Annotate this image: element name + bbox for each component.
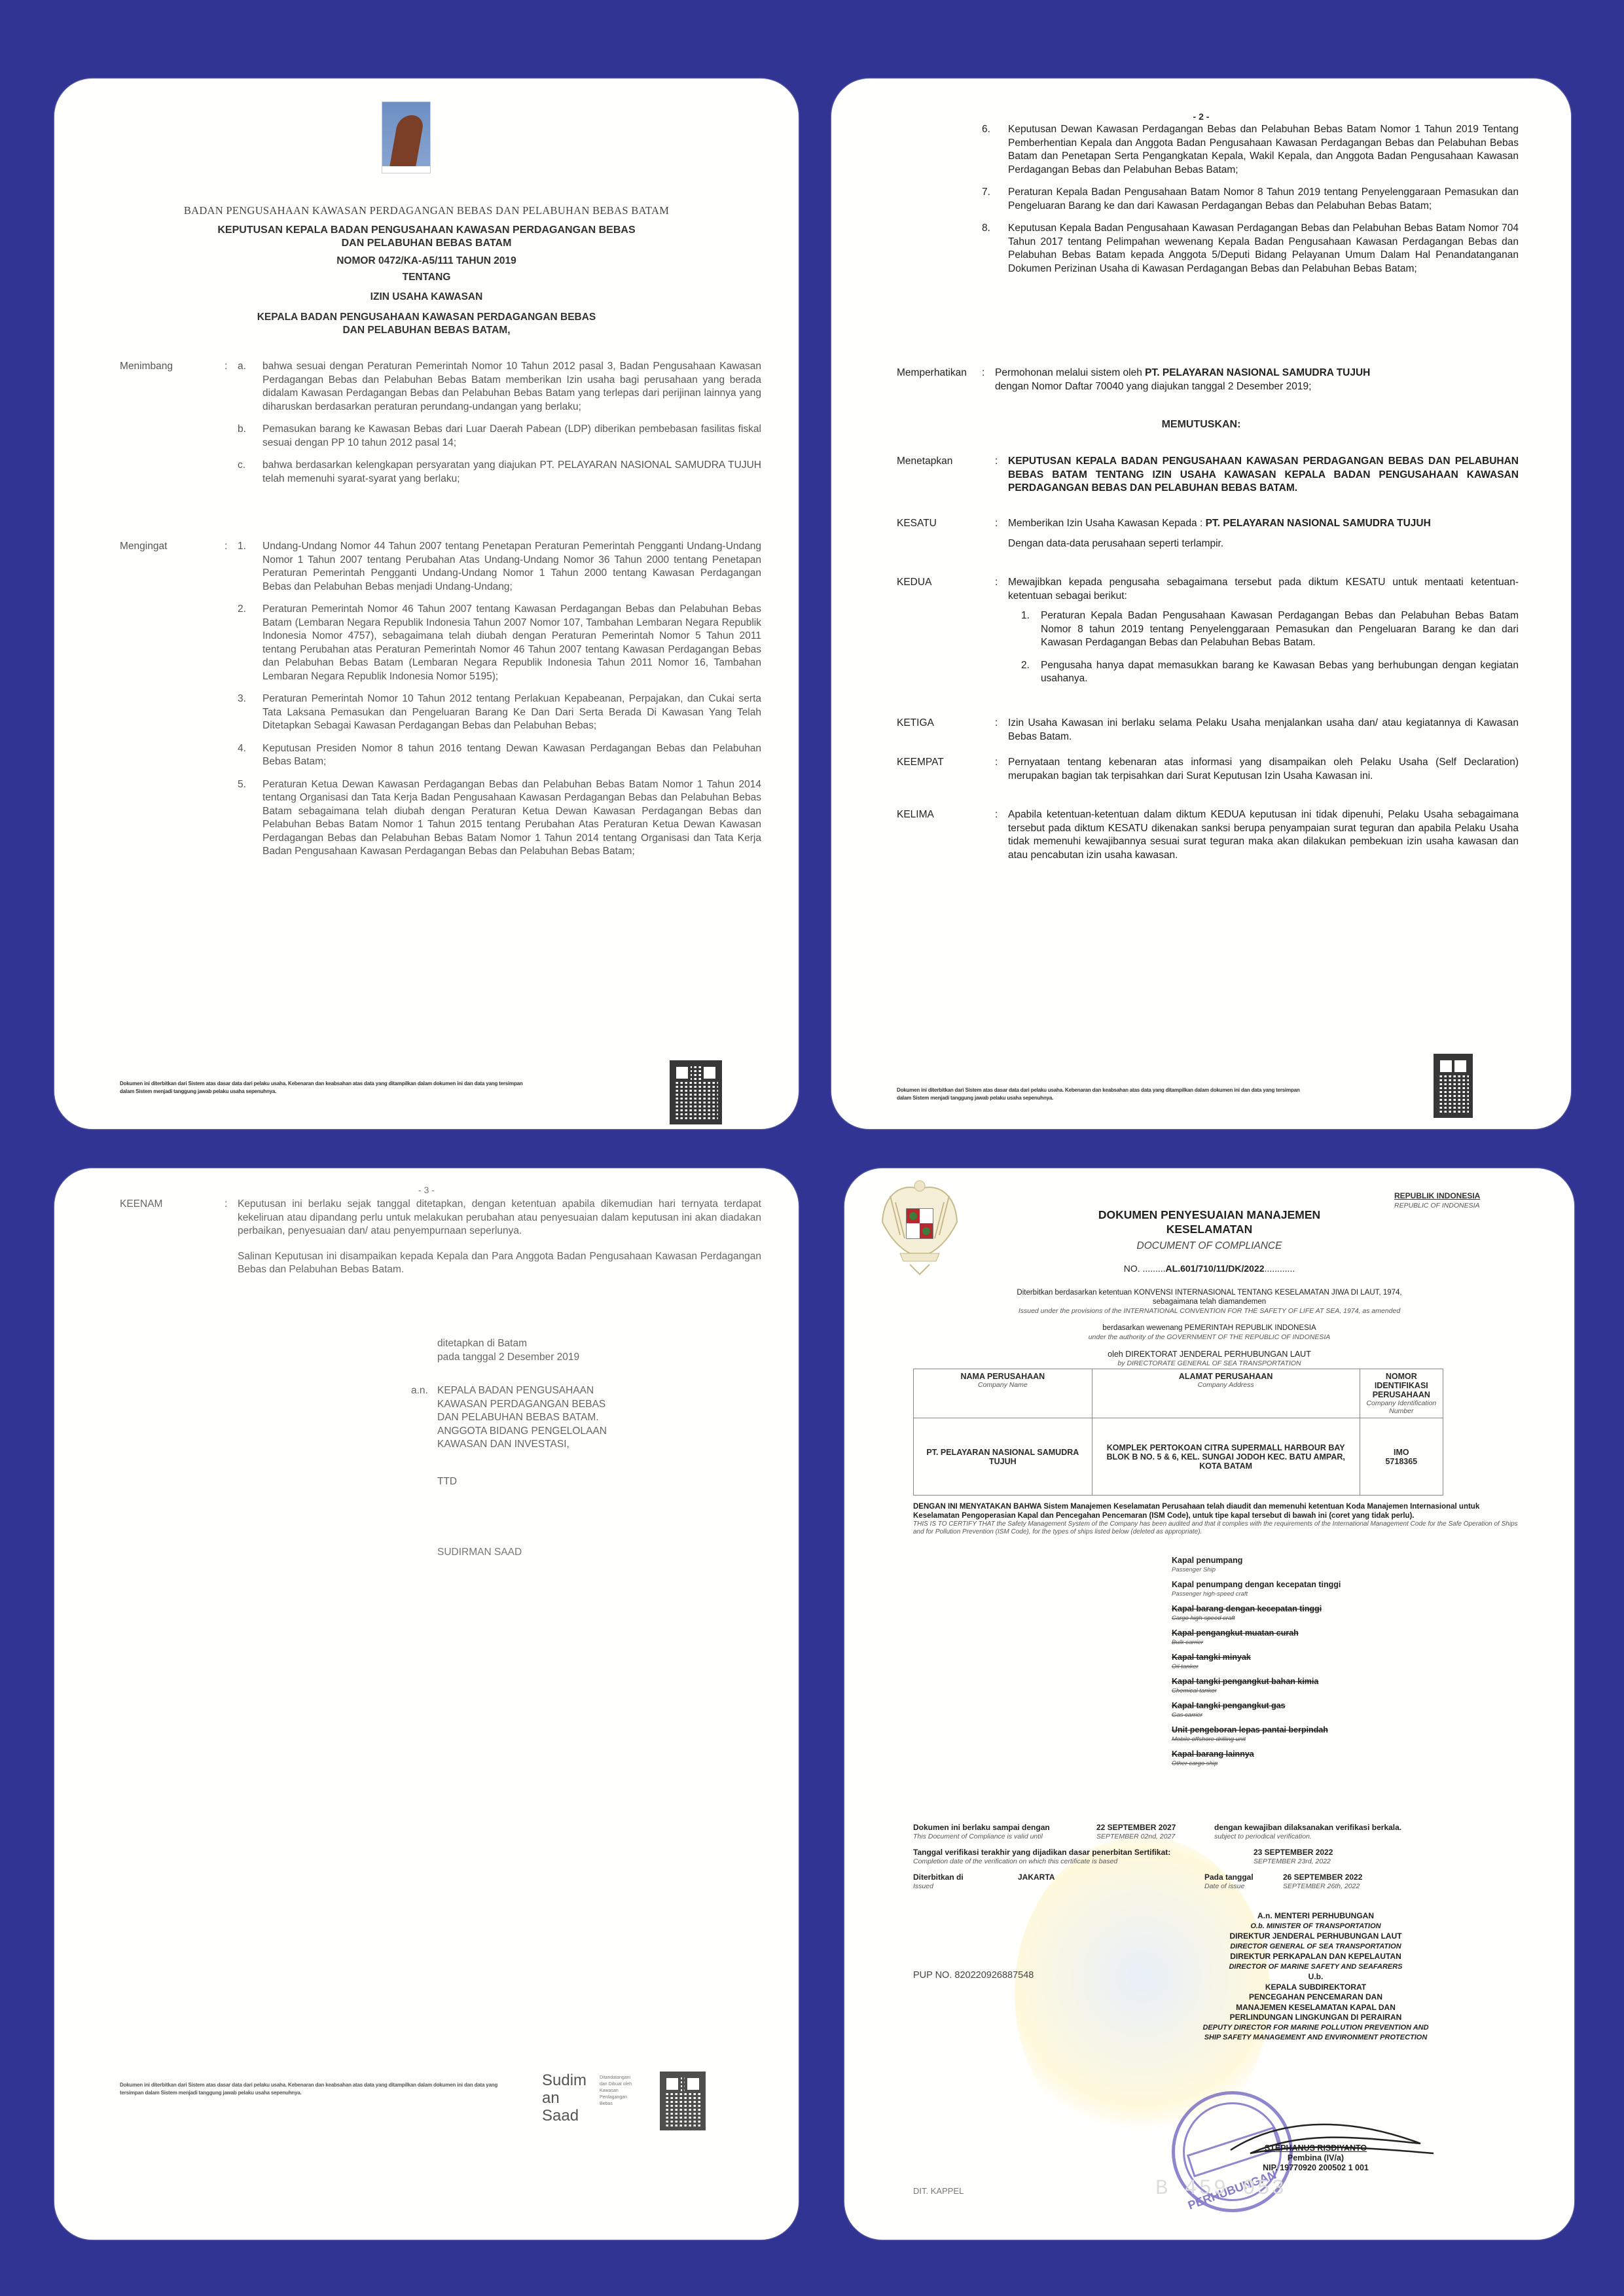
issuer-line1: KEPALA BADAN PENGUSAHAAN KAWASAN PERDAGA… bbox=[54, 311, 799, 324]
ship-type-id: Kapal penumpang bbox=[1172, 1556, 1242, 1565]
ship-type-id: Unit pengeboran lepas pantai berpindah bbox=[1172, 1725, 1328, 1734]
company-name: PT. PELAYARAN NASIONAL SAMUDRA TUJUH bbox=[1145, 367, 1370, 378]
issue-date-en: SEPTEMBER 26th, 2022 bbox=[1283, 1882, 1362, 1891]
sign-block-line: O.b. MINISTER OF TRANSPORTATION bbox=[1172, 1922, 1460, 1932]
table-header-row: NAMA PERUSAHAANCompany Name ALAMAT PERUS… bbox=[914, 1369, 1443, 1418]
keempat-section: KEEMPAT : Pernyataan tentang kebenaran a… bbox=[897, 756, 1519, 783]
system-footer-note: Dokumen ini diterbitkan dari Sistem atas… bbox=[120, 2081, 519, 2097]
ditetapkan-block: ditetapkan di Batam pada tanggal 2 Desem… bbox=[437, 1337, 579, 1364]
header-id: ALAMAT PERUSAHAAN bbox=[1096, 1372, 1356, 1381]
an-label: a.n. bbox=[411, 1384, 437, 1452]
ketiga-section: KETIGA : Izin Usaha Kawasan ini berlaku … bbox=[897, 717, 1519, 744]
kedua-label: KEDUA bbox=[897, 576, 995, 695]
esign-name-part: Sudim bbox=[542, 2072, 586, 2089]
issuer-line2: DAN PELABUHAN BEBAS BATAM, bbox=[54, 324, 799, 337]
menimbang-list: a.bahwa sesuai dengan Peraturan Pemerint… bbox=[238, 360, 761, 495]
ship-types-list: Kapal penumpangPassenger ShipKapal penum… bbox=[1172, 1554, 1447, 1772]
sign-block-line: A.n. MENTERI PERHUBUNGAN bbox=[1172, 1911, 1460, 1922]
issuer-title: KEPALA BADAN PENGUSAHAAN KAWASAN PERDAGA… bbox=[54, 311, 799, 337]
item-number: 2. bbox=[1021, 659, 1041, 686]
signatory-title-line: KEPALA BADAN PENGUSAHAAN bbox=[437, 1384, 621, 1398]
decree-tentang: TENTANG bbox=[54, 272, 799, 283]
ship-type-id: Kapal barang dengan kecepatan tinggi bbox=[1172, 1604, 1322, 1613]
keenam-text: Keputusan ini berlaku sejak tanggal dite… bbox=[238, 1198, 761, 1238]
bp-batam-logo-icon bbox=[382, 101, 431, 173]
item-number: b. bbox=[238, 423, 262, 450]
ship-type-en: Passenger high-speed craft bbox=[1172, 1590, 1447, 1598]
mengingat-label: Mengingat bbox=[120, 540, 225, 868]
valid-until-label-en: This Document of Compliance is valid unt… bbox=[913, 1832, 1096, 1841]
sign-block-line: KEPALA SUBDIREKTORAT bbox=[1172, 1982, 1460, 1993]
doc-title-line2: KESELAMATAN bbox=[844, 1222, 1574, 1236]
ship-type-en: Gas carrier bbox=[1172, 1712, 1447, 1719]
item-text: Undang-Undang Nomor 44 Tahun 2007 tentan… bbox=[262, 540, 761, 594]
colon: : bbox=[995, 717, 1008, 744]
qr-code-icon[interactable] bbox=[660, 2072, 706, 2130]
doc-title: DOKUMEN PENYESUAIAN MANAJEMEN KESELAMATA… bbox=[844, 1208, 1574, 1236]
list-item: 7.Peraturan Kepala Badan Pengusahaan Bat… bbox=[982, 186, 1519, 213]
sign-block-line: DIREKTUR PERKAPALAN DAN KEPELAUTAN bbox=[1172, 1952, 1460, 1962]
decree-number: NOMOR 0472/KA-A5/111 TAHUN 2019 bbox=[54, 255, 799, 267]
item-text: Peraturan Pemerintah Nomor 46 Tahun 2007… bbox=[262, 603, 761, 683]
issued-under-id: Diterbitkan berdasarkan ketentuan KONVEN… bbox=[844, 1288, 1574, 1297]
decree-subject: IZIN USAHA KAWASAN bbox=[54, 291, 799, 303]
item-text: Peraturan Kepala Badan Pengusahaan Batam… bbox=[1008, 186, 1519, 213]
ship-type-item: Kapal tangki pengangkut gasGas carrier bbox=[1172, 1700, 1447, 1719]
colon: : bbox=[225, 540, 238, 868]
issue-date: 26 SEPTEMBER 2022 bbox=[1283, 1873, 1362, 1882]
list-item: 1.Peraturan Kepala Badan Pengusahaan Kaw… bbox=[1021, 609, 1519, 650]
ship-type-item: Kapal penumpangPassenger Ship bbox=[1172, 1554, 1447, 1573]
doc-number: NO. .........AL.601/710/11/DK/2022......… bbox=[844, 1263, 1574, 1274]
item-number: 3. bbox=[238, 692, 262, 733]
authority-en: under the authority of the GOVERNMENT OF… bbox=[844, 1333, 1574, 1342]
issue-row: Diterbitkan diIssued JAKARTA Pada tangga… bbox=[913, 1873, 1522, 1891]
agency-header: BADAN PENGUSAHAAN KAWASAN PERDAGANGAN BE… bbox=[54, 204, 799, 217]
last-verif-label: Tanggal verifikasi terakhir yang dijadik… bbox=[913, 1848, 1254, 1857]
colon: : bbox=[225, 360, 238, 495]
kesatu-section: KESATU : Memberikan Izin Usaha Kawasan K… bbox=[897, 517, 1519, 550]
decree-title-line1: KEPUTUSAN KEPALA BADAN PENGUSAHAAN KAWAS… bbox=[54, 224, 799, 237]
sign-block-line: PERLINDUNGAN LINGKUNGAN DI PERAIRAN bbox=[1172, 2013, 1460, 2023]
issue-date-cell: 26 SEPTEMBER 2022SEPTEMBER 26th, 2022 bbox=[1283, 1873, 1362, 1891]
kedua-body: Mewajibkan kepada pengusaha sebagaimana … bbox=[1008, 576, 1519, 695]
company-table: NAMA PERUSAHAANCompany Name ALAMAT PERUS… bbox=[913, 1369, 1443, 1496]
ship-type-en: Cargo high-speed craft bbox=[1172, 1615, 1447, 1622]
col-company-address: ALAMAT PERUSAHAANCompany Address bbox=[1092, 1369, 1360, 1418]
issued-at-label-cell: Diterbitkan diIssued bbox=[913, 1873, 1018, 1891]
item-text: Peraturan Pemerintah Nomor 10 Tahun 2012… bbox=[262, 692, 761, 733]
header-id: NOMOR IDENTIFIKASI PERUSAHAAN bbox=[1364, 1372, 1439, 1399]
ship-type-item: Kapal barang dengan kecepatan tinggiCarg… bbox=[1172, 1603, 1447, 1622]
item-number: 8. bbox=[982, 222, 1008, 276]
list-item: 3.Peraturan Pemerintah Nomor 10 Tahun 20… bbox=[238, 692, 761, 733]
memperhatikan-label: Memperhatikan bbox=[897, 367, 982, 393]
signer-nip: NIP. 19770920 200502 1 001 bbox=[1172, 2163, 1460, 2173]
esign-name-part: Saad bbox=[542, 2107, 586, 2125]
col-company-name: NAMA PERUSAHAANCompany Name bbox=[914, 1369, 1092, 1418]
signatory-title-line: KAWASAN PERDAGANGAN BEBAS bbox=[437, 1398, 621, 1412]
item-text: Keputusan Presiden Nomor 8 tahun 2016 te… bbox=[262, 742, 761, 769]
ship-type-item: Kapal barang lainnyaOther cargo ship bbox=[1172, 1748, 1447, 1767]
authority-id: berdasarkan wewenang PEMERINTAH REPUBLIK… bbox=[844, 1323, 1574, 1333]
colon: : bbox=[982, 367, 995, 393]
item-number: 1. bbox=[238, 540, 262, 594]
keenam-section: KEENAM : Keputusan ini berlaku sejak tan… bbox=[120, 1198, 761, 1277]
issue-date-label: Pada tanggal bbox=[1204, 1873, 1283, 1882]
esign-note: Ditandatangani dan Dibuat oleh Kawasan P… bbox=[600, 2075, 639, 2108]
memutuskan-heading: MEMUTUSKAN: bbox=[831, 419, 1571, 431]
ship-type-en: Chemical tanker bbox=[1172, 1687, 1447, 1695]
kesatu-note: Dengan data-data perusahaan seperti terl… bbox=[1008, 537, 1519, 551]
valid-note: dengan kewajiban dilaksanakan verifikasi… bbox=[1214, 1823, 1401, 1832]
company-name-cell: PT. PELAYARAN NASIONAL SAMUDRA TUJUH bbox=[914, 1418, 1092, 1496]
id-label: IMO bbox=[1364, 1448, 1439, 1457]
keempat-text: Pernyataan tentang kebenaran atas inform… bbox=[1008, 756, 1519, 783]
signatory-name: SUDIRMAN SAAD bbox=[437, 1547, 522, 1558]
item-text: bahwa sesuai dengan Peraturan Pemerintah… bbox=[262, 360, 761, 414]
ship-type-en: Other cargo ship bbox=[1172, 1760, 1447, 1767]
menetapkan-section: Menetapkan : KEPUTUSAN KEPALA BADAN PENG… bbox=[897, 455, 1519, 495]
mengingat-list: 1.Undang-Undang Nomor 44 Tahun 2007 tent… bbox=[238, 540, 761, 868]
item-text: Pengusaha hanya dapat memasukkan barang … bbox=[1041, 659, 1519, 686]
last-verif-date-en: SEPTEMBER 23rd, 2022 bbox=[1254, 1857, 1333, 1866]
ship-type-en: Passenger Ship bbox=[1172, 1566, 1447, 1573]
list-item: c.bahwa berdasarkan kelengkapan persyara… bbox=[238, 459, 761, 486]
colon: : bbox=[995, 517, 1008, 550]
issued-at: JAKARTA bbox=[1018, 1873, 1204, 1891]
colon: : bbox=[225, 1198, 238, 1277]
item-text: Keputusan Dewan Kawasan Perdagangan Beba… bbox=[1008, 123, 1519, 177]
memperhatikan-text: Permohonan melalui sistem oleh PT. PELAY… bbox=[995, 367, 1519, 393]
ditetapkan-place: ditetapkan di Batam bbox=[437, 1337, 579, 1351]
item-number: 7. bbox=[982, 186, 1008, 213]
signer-block: STEPHANUS RISDIYANTO Pembina (IV/a) NIP.… bbox=[1172, 2144, 1460, 2173]
ketiga-text: Izin Usaha Kawasan ini berlaku selama Pe… bbox=[1008, 717, 1519, 744]
id-value: 5718365 bbox=[1364, 1457, 1439, 1466]
ketiga-label: KETIGA bbox=[897, 717, 995, 744]
ship-type-id: Kapal tangki pengangkut bahan kimia bbox=[1172, 1677, 1318, 1686]
issued-under-id2: sebagaimana telah diamandemen bbox=[844, 1297, 1574, 1306]
kelima-text: Apabila ketentuan-ketentuan dalam diktum… bbox=[1008, 808, 1519, 862]
kelima-label: KELIMA bbox=[897, 808, 995, 862]
list-item: 2.Pengusaha hanya dapat memasukkan baran… bbox=[1021, 659, 1519, 686]
serial-number: B 459 053 bbox=[1155, 2176, 1286, 2200]
list-item: 4.Keputusan Presiden Nomor 8 tahun 2016 … bbox=[238, 742, 761, 769]
menimbang-section: Menimbang : a.bahwa sesuai dengan Peratu… bbox=[120, 360, 761, 495]
company-name: PT. PELAYARAN NASIONAL SAMUDRA TUJUH bbox=[1206, 518, 1431, 529]
keenam-label: KEENAM bbox=[120, 1198, 225, 1277]
issuing-body-id: oleh DIREKTORAT JENDERAL PERHUBUNGAN LAU… bbox=[844, 1350, 1574, 1359]
decree-title: KEPUTUSAN KEPALA BADAN PENGUSAHAAN KAWAS… bbox=[54, 224, 799, 250]
ship-type-item: Unit pengeboran lepas pantai berpindahMo… bbox=[1172, 1724, 1447, 1743]
issued-under-en: Issued under the provisions of the INTER… bbox=[844, 1306, 1574, 1316]
list-item: 6.Keputusan Dewan Kawasan Perdagangan Be… bbox=[982, 123, 1519, 177]
colon: : bbox=[995, 576, 1008, 695]
mengingat-continued-list: 6.Keputusan Dewan Kawasan Perdagangan Be… bbox=[982, 123, 1519, 285]
salinan-text: Salinan Keputusan ini disampaikan kepada… bbox=[238, 1250, 761, 1277]
memperhatikan-post: dengan Nomor Daftar 70040 yang diajukan … bbox=[995, 381, 1311, 392]
table-row: PT. PELAYARAN NASIONAL SAMUDRA TUJUH KOM… bbox=[914, 1418, 1443, 1496]
issuing-body: oleh DIREKTORAT JENDERAL PERHUBUNGAN LAU… bbox=[844, 1350, 1574, 1368]
issue-date-label-cell: Pada tanggalDate of issue bbox=[1204, 1873, 1283, 1891]
certification-statement: DENGAN INI MENYATAKAN BAHWA Sistem Manaj… bbox=[913, 1502, 1522, 1536]
company-address-cell: KOMPLEK PERTOKOAN CITRA SUPERMALL HARBOU… bbox=[1092, 1418, 1360, 1496]
signatory-authority-block: A.n. MENTERI PERHUBUNGANO.b. MINISTER OF… bbox=[1172, 1911, 1460, 2043]
doc-number-label: NO. ......... bbox=[1124, 1263, 1166, 1274]
ditetapkan-date: pada tanggal 2 Desember 2019 bbox=[437, 1351, 579, 1365]
valid-until-date-en: SEPTEMBER 02nd, 2027 bbox=[1096, 1832, 1214, 1841]
mengingat-section: Mengingat : 1.Undang-Undang Nomor 44 Tah… bbox=[120, 540, 761, 868]
signatory-title: KEPALA BADAN PENGUSAHAANKAWASAN PERDAGAN… bbox=[437, 1384, 621, 1452]
item-number: 6. bbox=[982, 123, 1008, 177]
sign-block-line: U.b. bbox=[1172, 1972, 1460, 1982]
list-item: 1.Undang-Undang Nomor 44 Tahun 2007 tent… bbox=[238, 540, 761, 594]
list-item: 5.Peraturan Ketua Dewan Kawasan Perdagan… bbox=[238, 778, 761, 859]
doc-number-value: AL.601/710/11/DK/2022 bbox=[1166, 1263, 1265, 1274]
item-number: c. bbox=[238, 459, 262, 486]
decree-page-3: - 3 - KEENAM : Keputusan ini berlaku sej… bbox=[54, 1168, 799, 2240]
company-id-cell: IMO5718365 bbox=[1360, 1418, 1443, 1496]
signer-rank: Pembina (IV/a) bbox=[1172, 2153, 1460, 2163]
header-en: Company Identification Number bbox=[1364, 1399, 1439, 1415]
item-number: 1. bbox=[1021, 609, 1041, 650]
sign-block-line: DIREKTUR JENDERAL PERHUBUNGAN LAUT bbox=[1172, 1931, 1460, 1942]
header-en: Company Address bbox=[1096, 1381, 1356, 1389]
header-en: Company Name bbox=[918, 1381, 1088, 1389]
keempat-label: KEEMPAT bbox=[897, 756, 995, 783]
last-verif-label-cell: Tanggal verifikasi terakhir yang dijadik… bbox=[913, 1848, 1254, 1866]
ship-type-item: Kapal tangki pengangkut bahan kimiaChemi… bbox=[1172, 1676, 1447, 1695]
sign-block-line: DIRECTOR GENERAL OF SEA TRANSPORTATION bbox=[1172, 1942, 1460, 1952]
valid-note-cell: dengan kewajiban dilaksanakan verifikasi… bbox=[1214, 1823, 1401, 1841]
valid-until-label-cell: Dokumen ini berlaku sampai denganThis Do… bbox=[913, 1823, 1096, 1841]
kesatu-text: Memberikan Izin Usaha Kawasan Kepada : P… bbox=[1008, 517, 1519, 550]
ship-type-id: Kapal barang lainnya bbox=[1172, 1749, 1254, 1759]
memperhatikan-section: Memperhatikan : Permohonan melalui siste… bbox=[897, 367, 1519, 393]
last-verif-cell: 23 SEPTEMBER 2022SEPTEMBER 23rd, 2022 bbox=[1254, 1848, 1333, 1866]
doc-number-trail: ............ bbox=[1265, 1263, 1295, 1274]
last-verif-label-en: Completion date of the verification on w… bbox=[913, 1857, 1254, 1866]
list-item: 2.Peraturan Pemerintah Nomor 46 Tahun 20… bbox=[238, 603, 761, 683]
issued-under: Diterbitkan berdasarkan ketentuan KONVEN… bbox=[844, 1288, 1574, 1316]
memperhatikan-pre: Permohonan melalui sistem oleh bbox=[995, 367, 1145, 378]
sign-block-line: DIRECTOR OF MARINE SAFETY AND SEAFARERS bbox=[1172, 1962, 1460, 1973]
item-text: Pemasukan barang ke Kawasan Bebas dari L… bbox=[262, 423, 761, 450]
item-number: 5. bbox=[238, 778, 262, 859]
signatory-block: a.n. KEPALA BADAN PENGUSAHAANKAWASAN PER… bbox=[411, 1384, 621, 1452]
kedua-section: KEDUA : Mewajibkan kepada pengusaha seba… bbox=[897, 576, 1519, 695]
sign-block-line: SHIP SAFETY MANAGEMENT AND ENVIRONMENT P… bbox=[1172, 2033, 1460, 2043]
document-of-compliance: REPUBLIK INDONESIA REPUBLIC OF INDONESIA… bbox=[844, 1168, 1574, 2240]
ship-type-item: Kapal tangki minyakOil tanker bbox=[1172, 1651, 1447, 1670]
item-number: 2. bbox=[238, 603, 262, 683]
list-item: b.Pemasukan barang ke Kawasan Bebas dari… bbox=[238, 423, 761, 450]
kedua-list: 1.Peraturan Kepala Badan Pengusahaan Kaw… bbox=[1008, 609, 1519, 686]
system-footer-note: Dokumen ini diterbitkan dari Sistem atas… bbox=[120, 1080, 526, 1096]
ship-type-id: Kapal pengangkut muatan curah bbox=[1172, 1628, 1299, 1638]
kedua-text: Mewajibkan kepada pengusaha sebagaimana … bbox=[1008, 576, 1519, 603]
list-item: 8.Keputusan Kepala Badan Pengusahaan Kaw… bbox=[982, 222, 1519, 276]
ttd-label: TTD bbox=[437, 1476, 457, 1488]
kesatu-pre: Memberikan Izin Usaha Kawasan Kepada : bbox=[1008, 518, 1206, 529]
valid-until-date: 22 SEPTEMBER 2027 bbox=[1096, 1823, 1214, 1832]
item-text: bahwa berdasarkan kelengkapan persyarata… bbox=[262, 459, 761, 486]
valid-until-cell: 22 SEPTEMBER 2027SEPTEMBER 02nd, 2027 bbox=[1096, 1823, 1214, 1841]
valid-note-en: subject to periodical verification. bbox=[1214, 1832, 1401, 1841]
validity-block: Dokumen ini berlaku sampai denganThis Do… bbox=[913, 1823, 1522, 1891]
valid-until-row: Dokumen ini berlaku sampai denganThis Do… bbox=[913, 1823, 1522, 1841]
valid-until-label: Dokumen ini berlaku sampai dengan bbox=[913, 1823, 1096, 1832]
doc-title-line1: DOKUMEN PENYESUAIAN MANAJEMEN bbox=[844, 1208, 1574, 1222]
item-number: 4. bbox=[238, 742, 262, 769]
ship-type-en: Mobile offshore drilling unit bbox=[1172, 1736, 1447, 1743]
sign-block-line: PENCEGAHAN PENCEMARAN DAN bbox=[1172, 1992, 1460, 2003]
certify-en: THIS IS TO CERTIFY THAT the Safety Manag… bbox=[913, 1520, 1522, 1536]
decree-title-line2: DAN PELABUHAN BEBAS BATAM bbox=[54, 237, 799, 250]
signatory-title-line: DAN PELABUHAN BEBAS BATAM. bbox=[437, 1411, 621, 1425]
decree-page-2: - 2 - 6.Keputusan Dewan Kawasan Perdagan… bbox=[831, 79, 1571, 1129]
doc-title-en: DOCUMENT OF COMPLIANCE bbox=[844, 1240, 1574, 1252]
authority: berdasarkan wewenang PEMERINTAH REPUBLIK… bbox=[844, 1323, 1574, 1342]
issue-date-label-en: Date of issue bbox=[1204, 1882, 1283, 1891]
country-id: REPUBLIK INDONESIA bbox=[1394, 1191, 1480, 1200]
menetapkan-text: KEPUTUSAN KEPALA BADAN PENGUSAHAAN KAWAS… bbox=[1008, 455, 1519, 495]
page-number: - 3 - bbox=[54, 1185, 799, 1195]
last-verification-row: Tanggal verifikasi terakhir yang dijadik… bbox=[913, 1848, 1522, 1866]
page-number: - 2 - bbox=[831, 111, 1571, 122]
col-company-id: NOMOR IDENTIFIKASI PERUSAHAANCompany Ide… bbox=[1360, 1369, 1443, 1418]
ship-type-en: Bulk carrier bbox=[1172, 1639, 1447, 1646]
menimbang-label: Menimbang bbox=[120, 360, 225, 495]
kesatu-label: KESATU bbox=[897, 517, 995, 550]
dept-code: DIT. KAPPEL bbox=[913, 2186, 964, 2196]
kelima-section: KELIMA : Apabila ketentuan-ketentuan dal… bbox=[897, 808, 1519, 862]
colon: : bbox=[995, 808, 1008, 862]
keenam-body: Keputusan ini berlaku sejak tanggal dite… bbox=[238, 1198, 761, 1277]
item-text: Peraturan Ketua Dewan Kawasan Perdaganga… bbox=[262, 778, 761, 859]
esign-name: Sudim an Saad bbox=[542, 2072, 586, 2125]
issuing-body-en: by DIRECTORATE GENERAL OF SEA TRANSPORTA… bbox=[844, 1359, 1574, 1368]
ship-type-item: Kapal penumpang dengan kecepatan tinggiP… bbox=[1172, 1579, 1447, 1598]
qr-code-icon[interactable] bbox=[670, 1060, 722, 1124]
pup-number: PUP NO. 820220926887548 bbox=[913, 1970, 1034, 1981]
item-text: Keputusan Kepala Badan Pengusahaan Kawas… bbox=[1008, 222, 1519, 276]
sign-block-line: MANAJEMEN KESELAMATAN KAPAL DAN bbox=[1172, 2003, 1460, 2013]
ship-type-en: Oil tanker bbox=[1172, 1663, 1447, 1670]
colon: : bbox=[995, 455, 1008, 495]
signatory-title-line: KAWASAN DAN INVESTASI, bbox=[437, 1438, 621, 1452]
ship-type-id: Kapal penumpang dengan kecepatan tinggi bbox=[1172, 1580, 1341, 1589]
system-footer-note: Dokumen ini diterbitkan dari Sistem atas… bbox=[897, 1086, 1303, 1102]
signer-name: STEPHANUS RISDIYANTO bbox=[1172, 2144, 1460, 2153]
qr-code-icon[interactable] bbox=[1434, 1054, 1473, 1118]
issued-at-label-en: Issued bbox=[913, 1882, 1018, 1891]
signatory-title-line: ANGGOTA BIDANG PENGELOLAAN bbox=[437, 1425, 621, 1439]
item-number: a. bbox=[238, 360, 262, 414]
ship-type-id: Kapal tangki minyak bbox=[1172, 1653, 1251, 1662]
colon: : bbox=[995, 756, 1008, 783]
decree-page-1: BADAN PENGUSAHAAN KAWASAN PERDAGANGAN BE… bbox=[54, 79, 799, 1129]
list-item: a.bahwa sesuai dengan Peraturan Pemerint… bbox=[238, 360, 761, 414]
esign-name-part: an bbox=[542, 2089, 586, 2107]
ship-type-id: Kapal tangki pengangkut gas bbox=[1172, 1701, 1286, 1710]
header-id: NAMA PERUSAHAAN bbox=[918, 1372, 1088, 1381]
sign-block-line: DEPUTY DIRECTOR FOR MARINE POLLUTION PRE… bbox=[1172, 2023, 1460, 2034]
menetapkan-label: Menetapkan bbox=[897, 455, 995, 495]
item-text: Peraturan Kepala Badan Pengusahaan Kawas… bbox=[1041, 609, 1519, 650]
issued-at-label: Diterbitkan di bbox=[913, 1873, 1018, 1882]
last-verif-date: 23 SEPTEMBER 2022 bbox=[1254, 1848, 1333, 1857]
ship-type-item: Kapal pengangkut muatan curahBulk carrie… bbox=[1172, 1627, 1447, 1646]
certify-bold: DENGAN INI MENYATAKAN BAHWA bbox=[913, 1503, 1041, 1511]
